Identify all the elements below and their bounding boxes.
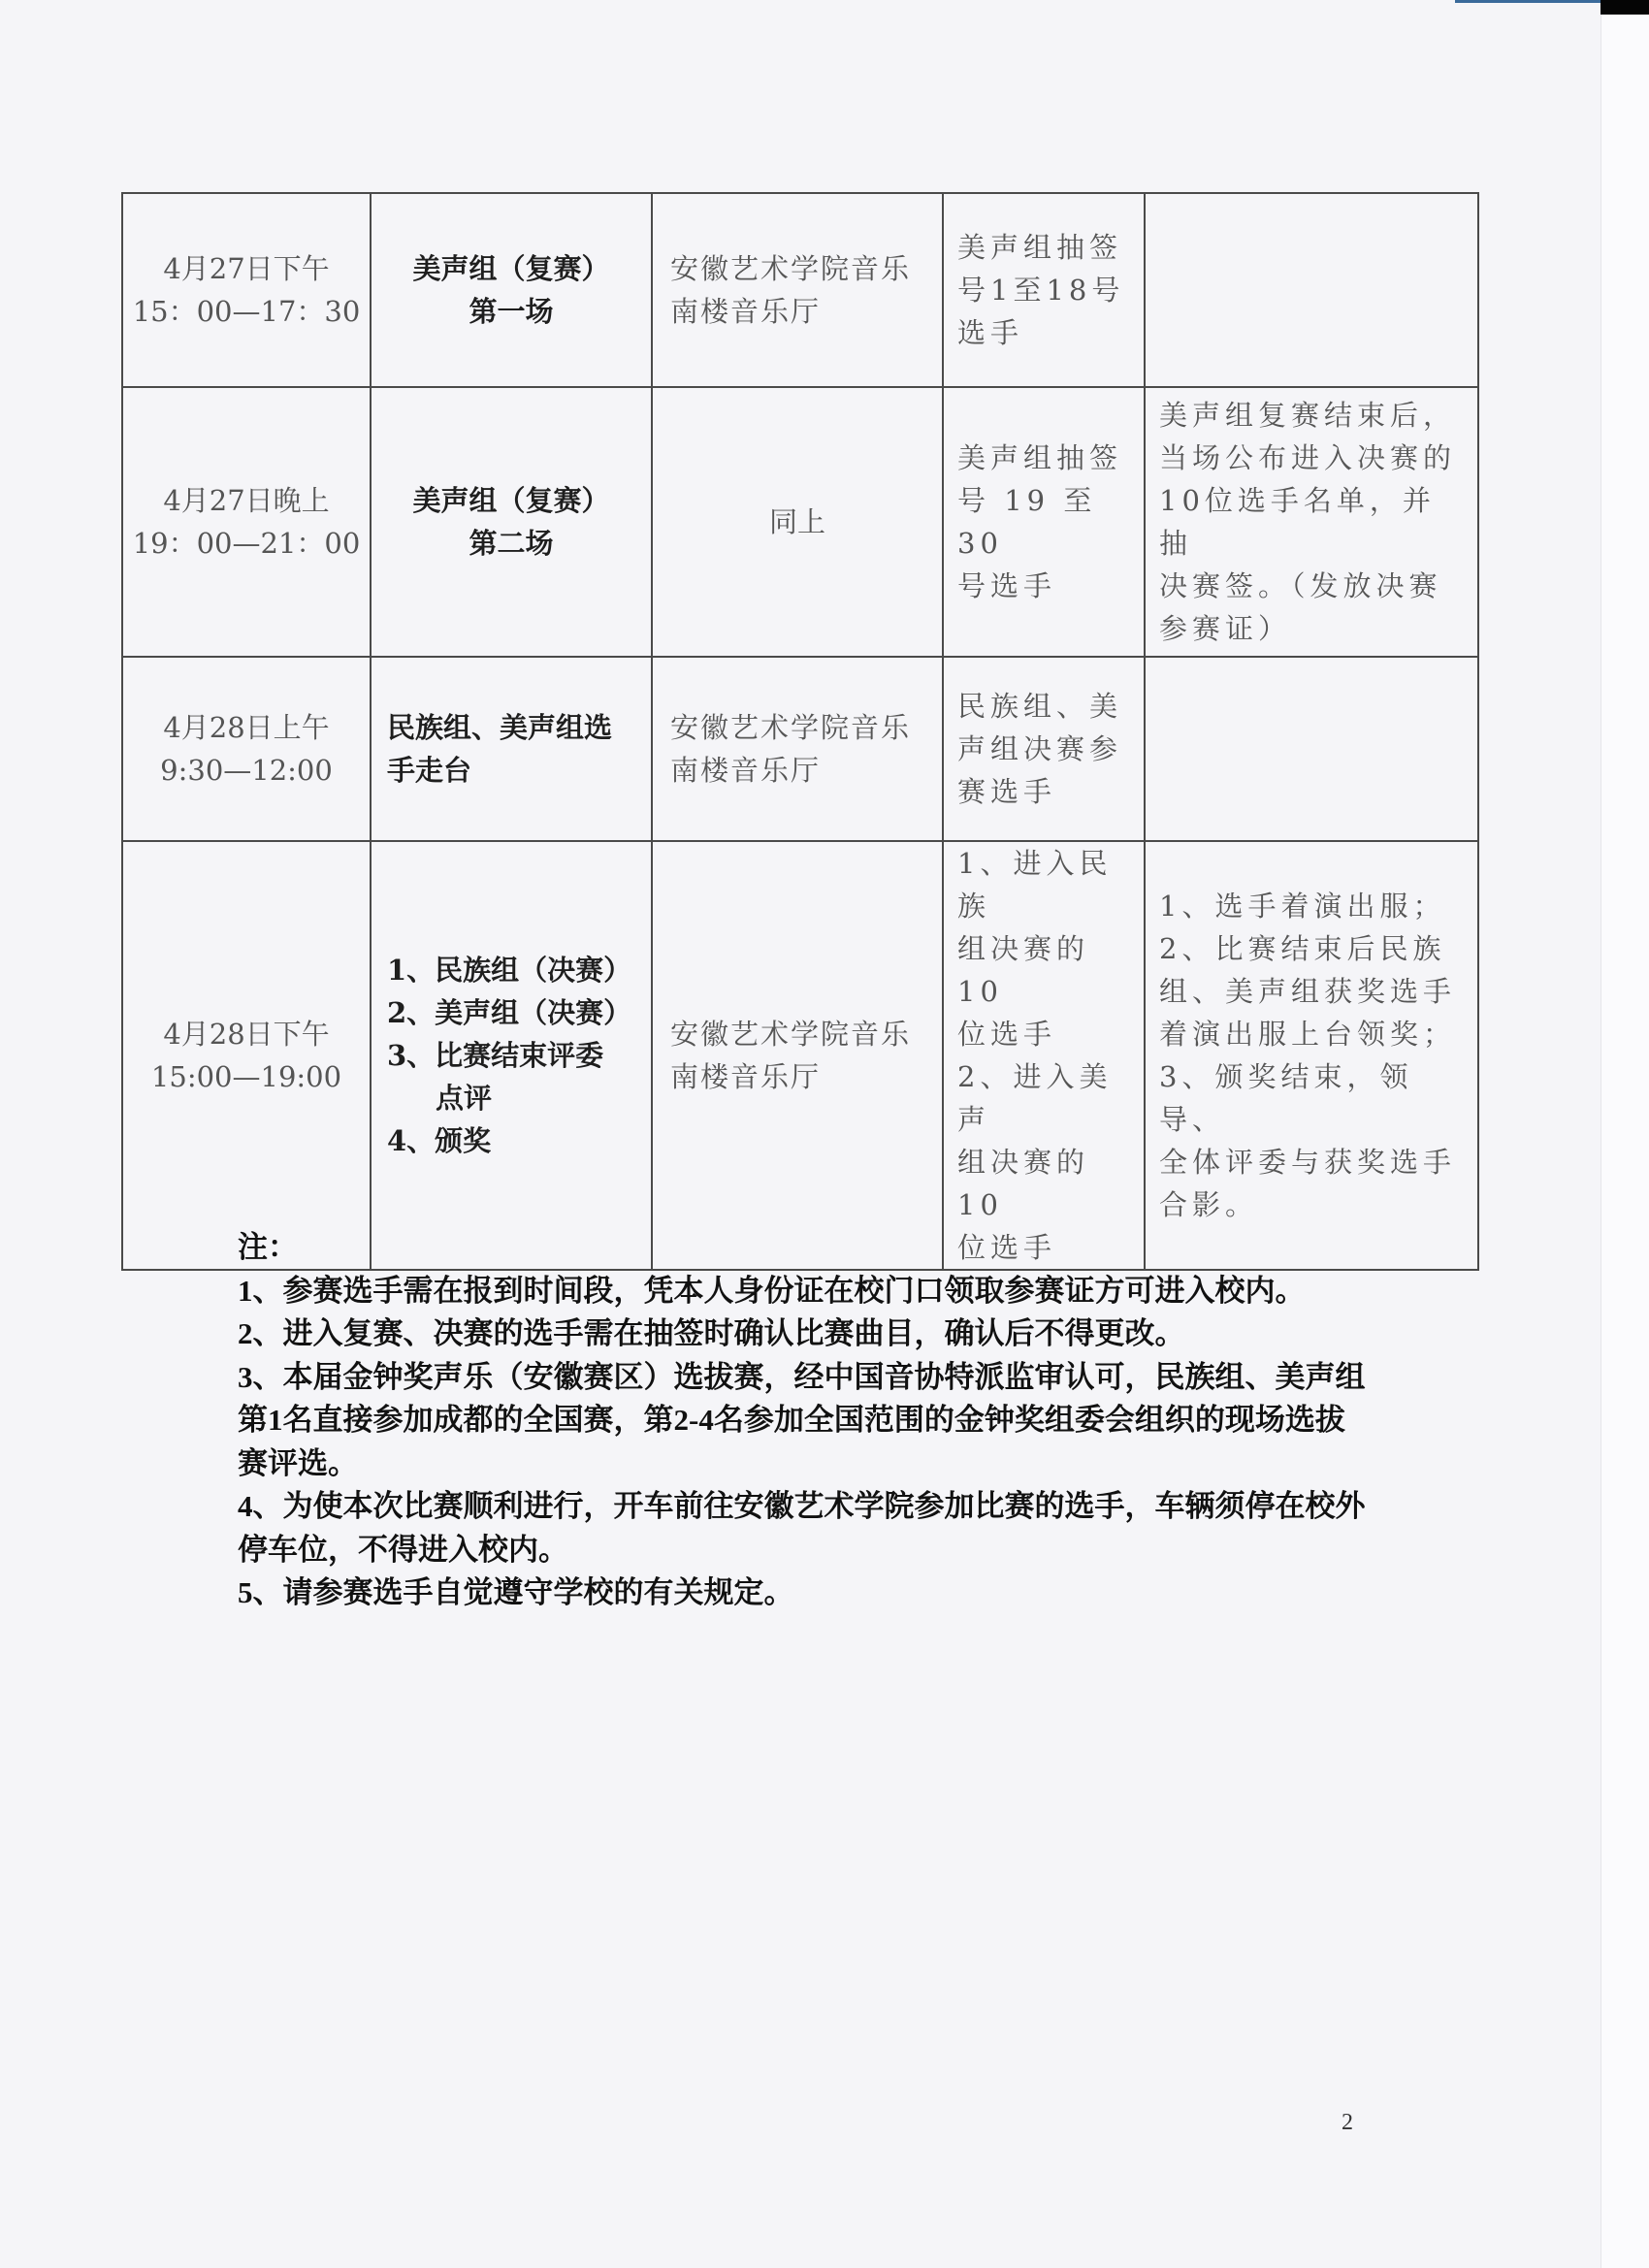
scan-corner-mark <box>1600 0 1649 15</box>
participants-cell: 美声组抽签 号1至18号 选手 <box>943 193 1145 387</box>
event-cell: 美声组（复赛） 第一场 <box>371 193 652 387</box>
table-row: 4月27日晚上 19：00—21：00 美声组（复赛） 第二场 同上 美声组抽签… <box>122 387 1478 657</box>
notes-section: 注： 1、参赛选手需在报到时间段，凭本人身份证在校门口领取参赛证方可进入校内。 … <box>238 1226 1373 1615</box>
note-item: 2、进入复赛、决赛的选手需在抽签时确认比赛曲目，确认后不得更改。 <box>238 1312 1373 1356</box>
participants-cell: 1、进入民族 组决赛的10 位选手 2、进入美声 组决赛的10 位选手 <box>943 841 1145 1270</box>
schedule-table: 4月27日下午 15：00—17：30 美声组（复赛） 第一场 安徽艺术学院音乐… <box>121 192 1479 1271</box>
document-page: 4月27日下午 15：00—17：30 美声组（复赛） 第一场 安徽艺术学院音乐… <box>0 0 1600 2268</box>
participants-cell: 美声组抽签 号 19 至 30 号选手 <box>943 387 1145 657</box>
note-item: 4、为使本次比赛顺利进行，开车前往安徽艺术学院参加比赛的选手，车辆须停在校外停车… <box>238 1485 1373 1571</box>
notes-cell: 1、选手着演出服； 2、比赛结束后民族 组、美声组获奖选手 着演出服上台领奖； … <box>1145 841 1478 1270</box>
note-item: 5、请参赛选手自觉遵守学校的有关规定。 <box>238 1571 1373 1615</box>
venue-cell: 安徽艺术学院音乐 南楼音乐厅 <box>652 841 943 1270</box>
scan-top-edge <box>1455 0 1600 3</box>
table-row: 4月28日下午 15:00—19:00 1、民族组（决赛） 2、美声组（决赛） … <box>122 841 1478 1270</box>
time-cell: 4月28日上午 9:30—12:00 <box>122 657 371 841</box>
time-cell: 4月28日下午 15:00—19:00 <box>122 841 371 1270</box>
notes-cell: 美声组复赛结束后， 当场公布进入决赛的 10位选手名单，并抽 决赛签。（发放决赛… <box>1145 387 1478 657</box>
notes-cell <box>1145 657 1478 841</box>
event-cell: 1、民族组（决赛） 2、美声组（决赛） 3、比赛结束评委 点评 4、颁奖 <box>371 841 652 1270</box>
page-number: 2 <box>1342 2110 1353 2136</box>
notes-cell <box>1145 193 1478 387</box>
event-cell: 民族组、美声组选 手走台 <box>371 657 652 841</box>
participants-cell: 民族组、美 声组决赛参 赛选手 <box>943 657 1145 841</box>
notes-heading: 注： <box>238 1226 1373 1270</box>
note-item: 1、参赛选手需在报到时间段，凭本人身份证在校门口领取参赛证方可进入校内。 <box>238 1270 1373 1313</box>
table-row: 4月28日上午 9:30—12:00 民族组、美声组选 手走台 安徽艺术学院音乐… <box>122 657 1478 841</box>
note-item: 3、本届金钟奖声乐（安徽赛区）选拔赛，经中国音协特派监审认可，民族组、美声组第1… <box>238 1356 1373 1486</box>
table-row: 4月27日下午 15：00—17：30 美声组（复赛） 第一场 安徽艺术学院音乐… <box>122 193 1478 387</box>
venue-cell: 同上 <box>652 387 943 657</box>
time-cell: 4月27日晚上 19：00—21：00 <box>122 387 371 657</box>
scan-edge-strip <box>1600 0 1649 2268</box>
event-cell: 美声组（复赛） 第二场 <box>371 387 652 657</box>
venue-cell: 安徽艺术学院音乐 南楼音乐厅 <box>652 193 943 387</box>
time-cell: 4月27日下午 15：00—17：30 <box>122 193 371 387</box>
venue-cell: 安徽艺术学院音乐 南楼音乐厅 <box>652 657 943 841</box>
